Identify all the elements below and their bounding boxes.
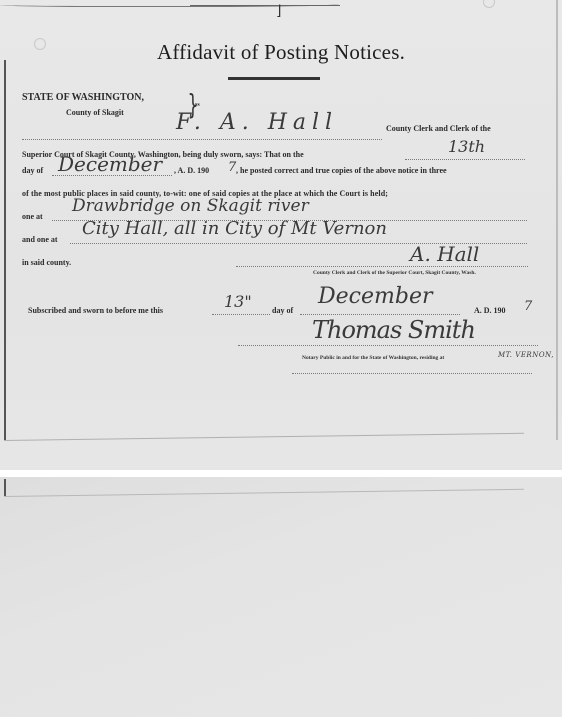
punch-hole — [483, 0, 495, 8]
jurat-day-handwritten: 13" — [224, 292, 252, 311]
fill-line — [292, 373, 532, 374]
second-page-blank — [0, 477, 562, 717]
fill-line — [300, 314, 460, 315]
fill-line — [405, 159, 525, 160]
day-of-label: day of — [272, 306, 293, 315]
jurat-text: Subscribed and sworn to before me this — [28, 306, 163, 315]
page-edge — [4, 433, 524, 441]
affidavit-page: ⌋ Affidavit of Posting Notices. STATE OF… — [0, 0, 562, 470]
fill-line — [22, 139, 382, 140]
jurat-month-handwritten: December — [318, 284, 432, 309]
location-1-handwritten: Drawbridge on Skagit river — [72, 196, 309, 216]
and-one-at-label: and one at — [22, 235, 58, 244]
clerk-caption: County Clerk and Clerk of the Superior C… — [313, 270, 476, 276]
location-2-handwritten: City Hall, all in City of Mt Vernon — [82, 218, 387, 239]
day-handwritten: 13th — [448, 137, 485, 156]
jurat-year-digit: 7 — [524, 299, 532, 314]
page-edge — [4, 489, 524, 497]
clerk-signature: A. Hall — [410, 242, 479, 266]
month-handwritten: December — [58, 152, 162, 176]
staple-icon: ⌋ — [276, 3, 281, 19]
ad-label: , A. D. 190 — [174, 166, 209, 175]
signature-line — [238, 345, 538, 346]
notary-residence: MT. VERNON, — [498, 351, 554, 359]
page-edge — [4, 60, 6, 440]
page-edge — [4, 479, 6, 497]
title-rule — [228, 77, 320, 80]
torn-edge — [190, 0, 340, 6]
affiant-title: County Clerk and Clerk of the — [386, 124, 491, 133]
notary-caption: Notary Public in and for the State of Wa… — [302, 355, 444, 361]
fill-line — [212, 314, 270, 315]
venue-state: STATE OF WASHINGTON, — [22, 92, 144, 103]
affiant-name-handwritten: F. A. Hall — [176, 110, 338, 135]
in-said-county: in said county. — [22, 258, 71, 267]
venue-ss: ss — [195, 102, 200, 108]
signature-line — [236, 266, 528, 267]
document-title: Affidavit of Posting Notices. — [0, 40, 562, 65]
day-of-label: day of — [22, 166, 43, 175]
notary-signature: Thomas Smith — [312, 316, 475, 344]
page-edge — [556, 0, 558, 440]
venue-county: County of Skagit — [66, 108, 124, 117]
body-line-3: , he posted correct and true copies of t… — [236, 166, 447, 175]
ad-label: A. D. 190 — [474, 306, 506, 315]
one-at-label: one at — [22, 212, 43, 221]
